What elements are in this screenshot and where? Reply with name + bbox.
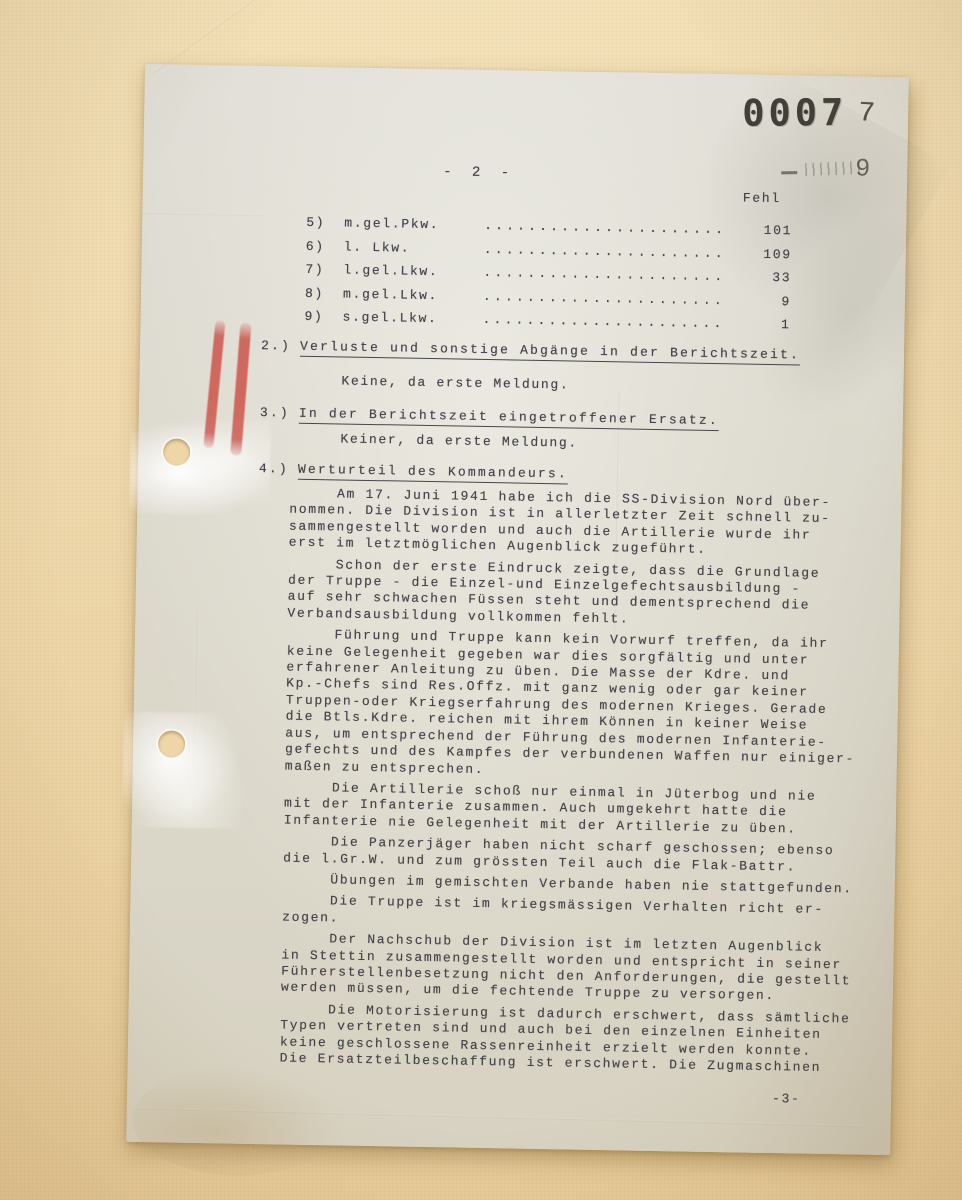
paragraph: Führung und Truppe kann kein Vorwurf tre…: [285, 627, 875, 785]
paragraph: Schon der erste Eindruck zeigte, dass di…: [287, 556, 876, 632]
section-number: 4.): [259, 461, 289, 477]
report-body: Am 17. Juni 1941 habe ich die SS-Divisio…: [279, 486, 877, 1083]
row-number: 9): [304, 309, 342, 325]
table-row: 9) s.gel.Lkw. ..........................…: [304, 309, 790, 333]
leader-dots: ..........................: [484, 241, 726, 260]
row-number: 8): [305, 285, 343, 301]
leader-dots: ..........................: [483, 288, 725, 307]
paper-crease: [142, 212, 262, 216]
document-page: 0007 7 9 - 2 - Fehl 5) m.gel.Pkw. ......…: [126, 64, 909, 1155]
row-label: l. Lkw.: [344, 239, 484, 256]
paper-crease: [152, 0, 289, 74]
paper-crease: [192, 605, 198, 815]
leader-dots: ..........................: [482, 312, 724, 331]
page-number: - 2 -: [443, 164, 515, 181]
row-label: m.gel.Lkw.: [343, 286, 483, 303]
row-value: 101: [732, 222, 792, 238]
paper-stain: [132, 1064, 344, 1178]
table-row: 5) m.gel.Pkw. ..........................…: [306, 215, 792, 239]
paragraph: Die Motorisierung ist dadurch erschwert,…: [280, 1001, 869, 1077]
paragraph: Am 17. Juni 1941 habe ich die SS-Divisio…: [289, 486, 878, 562]
section-heading-ersatz: 3.)In der Berichtszeit eingetroffener Er…: [260, 405, 719, 428]
section-title: Werturteil des Kommandeurs.: [298, 462, 568, 485]
paragraph: Die Truppe ist im kriegsmässigen Verhalt…: [282, 893, 870, 936]
shortage-table: 5) m.gel.Pkw. ..........................…: [304, 215, 792, 341]
section-note: Keiner, da erste Meldung.: [340, 431, 578, 450]
table-row: 7) l.gel.Lkw. ..........................…: [305, 262, 791, 286]
paper-damage-patch: [122, 712, 244, 829]
next-page-reference: -3-: [772, 1091, 801, 1106]
section-heading-werturteil: 4.)Werturteil des Kommandeurs.: [259, 461, 568, 481]
scanned-document-photo: { "document": { "stamp_number": "0007", …: [0, 0, 962, 1200]
leader-dots: ..........................: [483, 265, 725, 284]
pencil-scribble-dash: [781, 171, 797, 174]
red-pencil-mark: [230, 322, 251, 455]
column-header-fehl: Fehl: [743, 190, 781, 206]
paragraph: Der Nachschub der Division ist im letzte…: [281, 931, 870, 1007]
row-number: 6): [306, 238, 344, 254]
row-value: 33: [731, 269, 791, 285]
table-row: 6) l. Lkw. .......................... 10…: [306, 238, 792, 262]
row-number: 7): [305, 262, 343, 278]
section-title: Verluste und sonstige Abgänge in der Ber…: [300, 339, 800, 366]
punch-hole: [163, 438, 190, 465]
section-number: 2.): [261, 338, 291, 354]
row-value: 9: [731, 293, 791, 309]
row-label: m.gel.Pkw.: [344, 216, 484, 233]
section-note: Keine, da erste Meldung.: [341, 373, 569, 392]
table-row: 8) m.gel.Lkw. ..........................…: [305, 285, 791, 309]
paper-damage-patch: [129, 419, 271, 516]
red-pencil-mark: [203, 320, 225, 448]
paragraph: Die Artillerie schoß nur einmal in Jüter…: [284, 779, 873, 838]
paragraph: Die Panzerjäger haben nicht scharf gesch…: [283, 834, 871, 877]
leader-dots: ..........................: [484, 218, 726, 237]
section-number: 3.): [260, 405, 290, 421]
section-heading-verluste: 2.)Verluste und sonstige Abgänge in der …: [261, 338, 800, 362]
row-label: s.gel.Lkw.: [342, 309, 482, 326]
pencil-annotation: 9: [855, 154, 871, 183]
row-value: 1: [730, 316, 790, 332]
stamp-annotation: 7: [857, 98, 875, 130]
row-number: 5): [306, 215, 344, 231]
row-label: l.gel.Lkw.: [343, 262, 483, 279]
row-value: 109: [732, 246, 792, 262]
archive-stamp-number: 0007: [742, 91, 847, 135]
section-title: In der Berichtszeit eingetroffener Ersat…: [299, 406, 719, 431]
punch-hole: [158, 730, 185, 757]
